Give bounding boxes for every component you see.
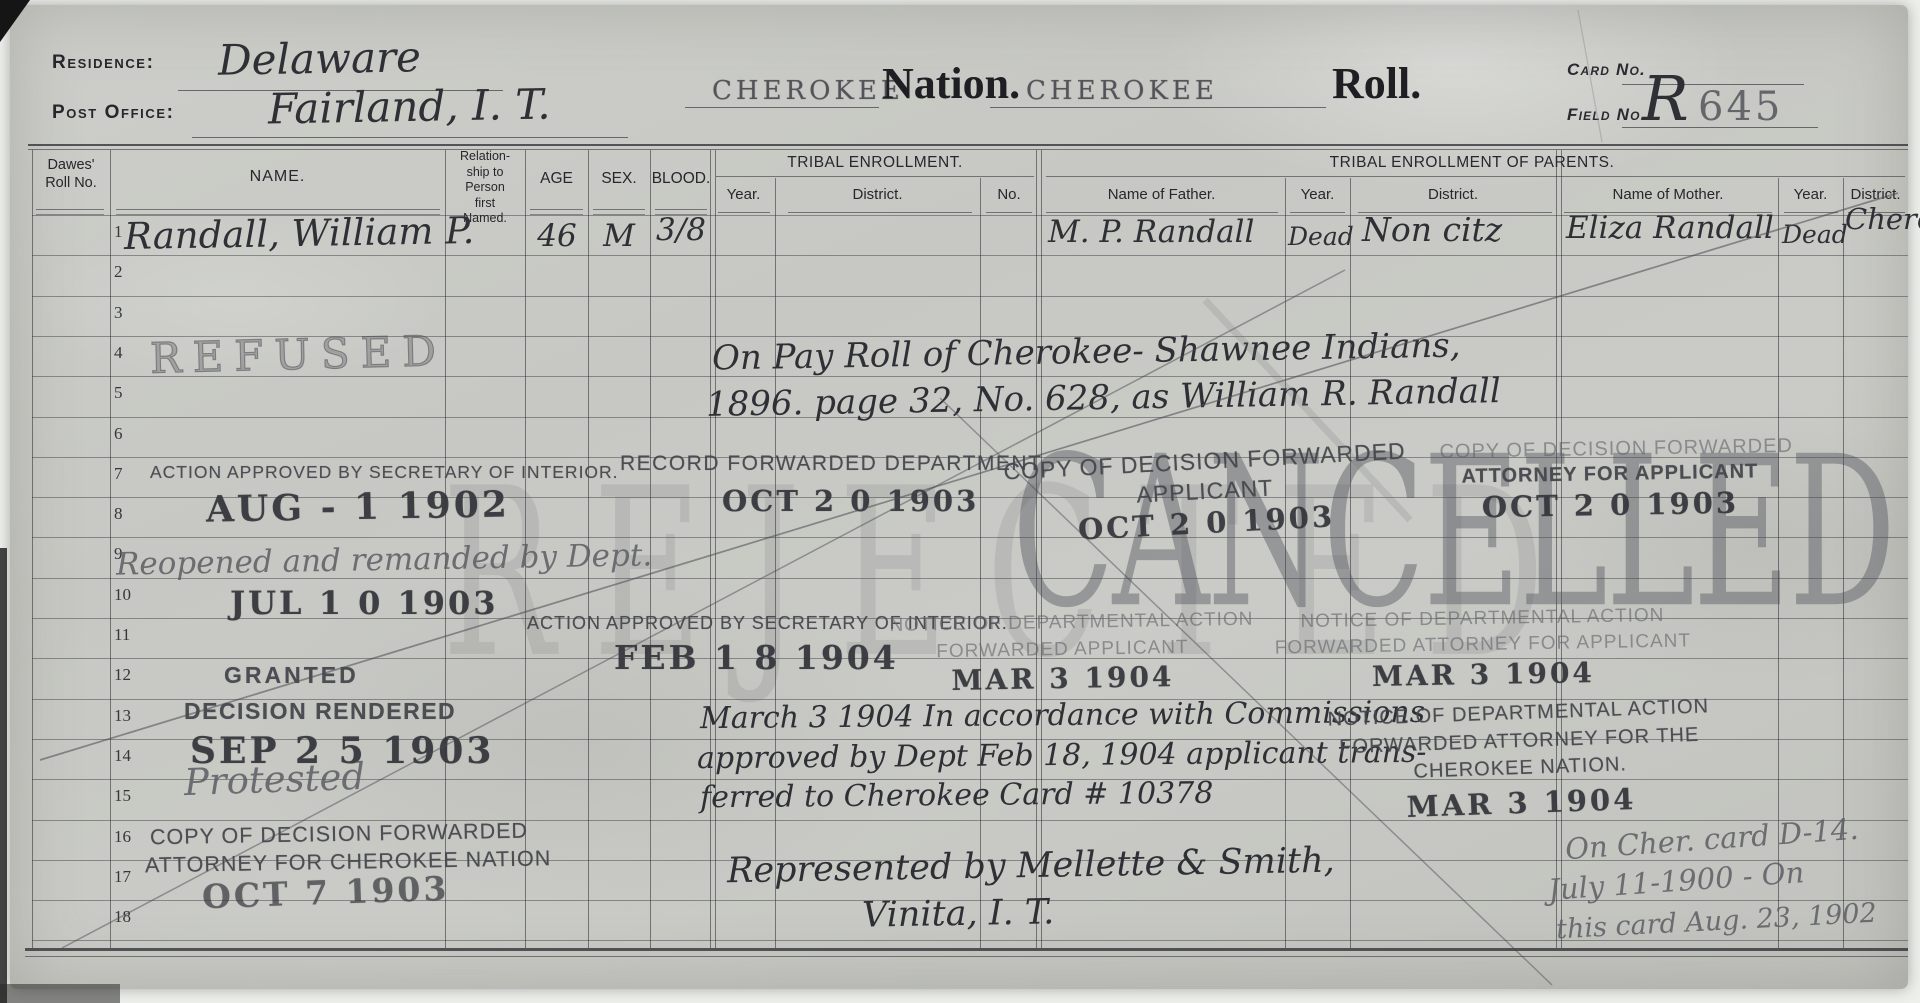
row-number: 5	[114, 383, 144, 403]
col-te-district: District.	[775, 186, 980, 203]
decision-rendered-stamp: DECISION RENDERED	[184, 698, 456, 725]
rel-line: Person	[445, 180, 525, 196]
col-father: Name of Father.	[1038, 186, 1285, 203]
row-number: 15	[114, 786, 144, 806]
represented-note-line2: Vinita, I. T.	[862, 892, 1055, 935]
row-number: 16	[114, 827, 144, 847]
jul-10-1903-stamp: JUL 1 0 1903	[230, 584, 499, 622]
row-number: 17	[114, 867, 144, 887]
notice-action-applicant: NOTICE OF DEPARTMENTAL ACTION	[889, 609, 1234, 637]
copy-forwarded-attorney: COPY OF DECISION FORWARDED	[1439, 435, 1779, 464]
row-number: 12	[114, 665, 144, 685]
row1-father-district: Non citz	[1362, 210, 1502, 249]
col-dawes-line2: Roll No.	[32, 175, 110, 191]
row-number: 4	[114, 343, 144, 363]
transfer-note-line3: ferred to Cherokee Card # 10378	[700, 776, 1214, 815]
attorney-applicant-stamp: ATTORNEY FOR APPLICANT	[1440, 460, 1780, 489]
record-forwarded-stamp: RECORD FORWARDED DEPARTMENT	[620, 452, 1042, 476]
rel-line: ship to	[445, 165, 525, 181]
row1-name: Randall, William P.	[124, 209, 475, 258]
copy-forwarded-attorney-block: COPY OF DECISION FORWARDED ATTORNEY FOR …	[1439, 435, 1780, 525]
group-tribal-enrollment: TRIBAL ENROLLMENT.	[712, 154, 1038, 172]
feb-18-1904-stamp: FEB 1 8 1904	[614, 638, 899, 677]
row-number: 6	[114, 424, 144, 444]
row-number: 14	[114, 746, 144, 766]
refused-stamp: REFUSED	[149, 326, 447, 383]
notice-applicant-block: NOTICE OF DEPARTMENTAL ACTION FORWARDED …	[889, 609, 1235, 698]
col-blood: BLOOD.	[650, 170, 712, 188]
oct-20-1903-dept: OCT 2 0 1903	[722, 484, 979, 518]
aug-1-1902-stamp: AUG - 1 1902	[206, 483, 511, 530]
row1-father-year: Dead	[1288, 222, 1354, 251]
row1-mother-year: Dead	[1782, 220, 1848, 249]
row-number: 7	[114, 464, 144, 484]
row1-mother: Eliza Randall	[1566, 210, 1774, 246]
col-sex: SEX.	[588, 170, 650, 188]
col-te-year: Year.	[712, 186, 775, 203]
row-number: 3	[114, 303, 144, 323]
row1-age: 46	[527, 218, 587, 254]
notice-cherokee-nation-block: NOTICE OF DEPARTMENTAL ACTION FORWARDED …	[1288, 694, 1752, 828]
row1-mother-district: Cherokee	[1845, 202, 1920, 236]
col-mother-district: District.	[1843, 186, 1908, 203]
row-number: 8	[114, 504, 144, 524]
protested-note: Protested	[183, 755, 365, 804]
row-number: 10	[114, 585, 144, 605]
col-te-no: No.	[980, 186, 1038, 203]
granted-stamp: GRANTED	[224, 662, 359, 689]
col-mother-year: Year.	[1778, 186, 1843, 203]
row-number: 11	[114, 625, 144, 645]
enrollment-card-scan: Residence: Delaware Post Office: Fairlan…	[0, 0, 1920, 1003]
action-secretary-stamp-1: ACTION APPROVED BY SECRETARY OF INTERIOR…	[150, 462, 619, 483]
row1-father: M. P. Randall	[1048, 214, 1254, 250]
col-father-district: District.	[1350, 186, 1556, 203]
group-parents: TRIBAL ENROLLMENT OF PARENTS.	[1038, 154, 1906, 172]
col-dawes-line1: Dawes'	[32, 157, 110, 173]
row-number: 2	[114, 262, 144, 282]
oct-20-1903-attorney: OCT 2 0 1903	[1440, 485, 1781, 525]
mar-3-1904-applicant: MAR 3 1904	[890, 659, 1236, 698]
row-number: 18	[114, 907, 144, 927]
col-age: AGE	[525, 170, 588, 188]
col-mother: Name of Mother.	[1558, 186, 1778, 203]
row1-blood: 3/8	[650, 212, 712, 248]
col-father-year: Year.	[1285, 186, 1350, 203]
notice-attorney-applicant-block: NOTICE OF DEPARTMENTAL ACTION FORWARDED …	[1257, 604, 1708, 695]
row-number: 13	[114, 706, 144, 726]
rel-line: Relation-	[445, 149, 525, 165]
col-name: NAME.	[110, 168, 445, 186]
row1-sex: M	[588, 218, 650, 254]
